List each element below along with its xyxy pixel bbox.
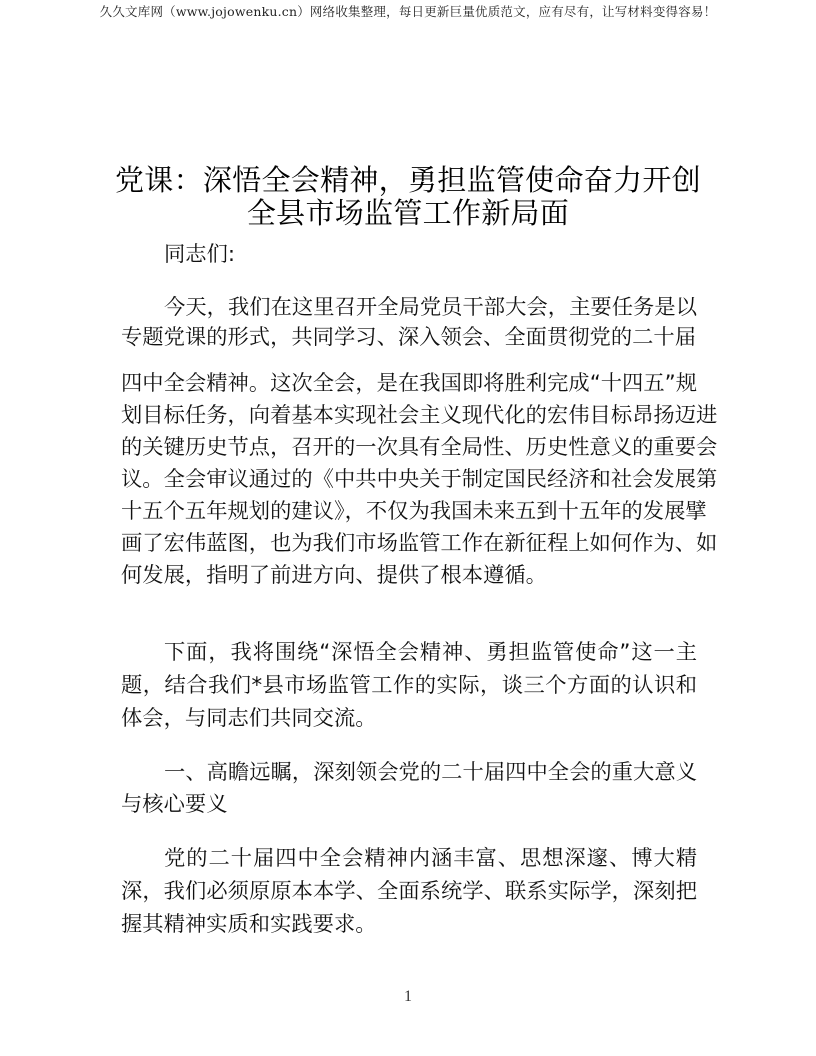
text-line: 划目标任务，向着基本实现社会主义现代化的宏伟目标昂扬迈进 [121, 405, 697, 426]
heading-line: 一、高瞻远瞩，深刻领会党的二十届四中全会的重大意义 [164, 762, 697, 783]
text-line: 深，我们必须原原本本学、全面系统学、联系实际学，深刻把 [121, 881, 697, 902]
text-line: 题，结合我们*县市场监管工作的实际，谈三个方面的认识和 [121, 675, 697, 696]
text-line: 何发展，指明了前进方向、提供了根本遵循。 [121, 565, 547, 586]
salutation: 同志们: [164, 244, 235, 265]
text-line: 专题党课的形式，共同学习、深入领会、全面贯彻党的二十届 [121, 327, 677, 348]
text-line: 下面，我将围绕“深悟全会精神、勇担监管使命”这一主 [164, 642, 697, 663]
text-line: 今天，我们在这里召开全局党员干部大会，主要任务是以 [164, 297, 697, 318]
text-line: 体会，与同志们共同交流。 [121, 708, 377, 729]
text-line: 画了宏伟蓝图，也为我们市场监管工作在新征程上如何作为、如 [121, 533, 697, 554]
text-line: 四中全会精神。这次全会，是在我国即将胜利完成“十四五”规 [121, 373, 697, 394]
title-line-2: 全县市场监管工作新局面 [0, 191, 816, 232]
text-line: 十五个五年规划的建议》，不仅为我国未来五到十五年的发展擘 [121, 501, 697, 522]
heading-line: 与核心要义 [121, 794, 228, 815]
text-line: 党的二十届四中全会精神内涵丰富、思想深邃、博大精 [164, 848, 697, 869]
site-banner: 久久文库网（www.jojowenku.cn）网络收集整理，每日更新巨量优质范文… [0, 2, 816, 20]
page-number: 1 [0, 988, 816, 1006]
text-line: 握其精神实质和实践要求。 [121, 914, 377, 935]
text-line: 的关键历史节点，召开的一次具有全局性、历史性意义的重要会 [121, 437, 697, 458]
text-line: 议。全会审议通过的《中共中央关于制定国民经济和社会发展第 [121, 469, 697, 490]
